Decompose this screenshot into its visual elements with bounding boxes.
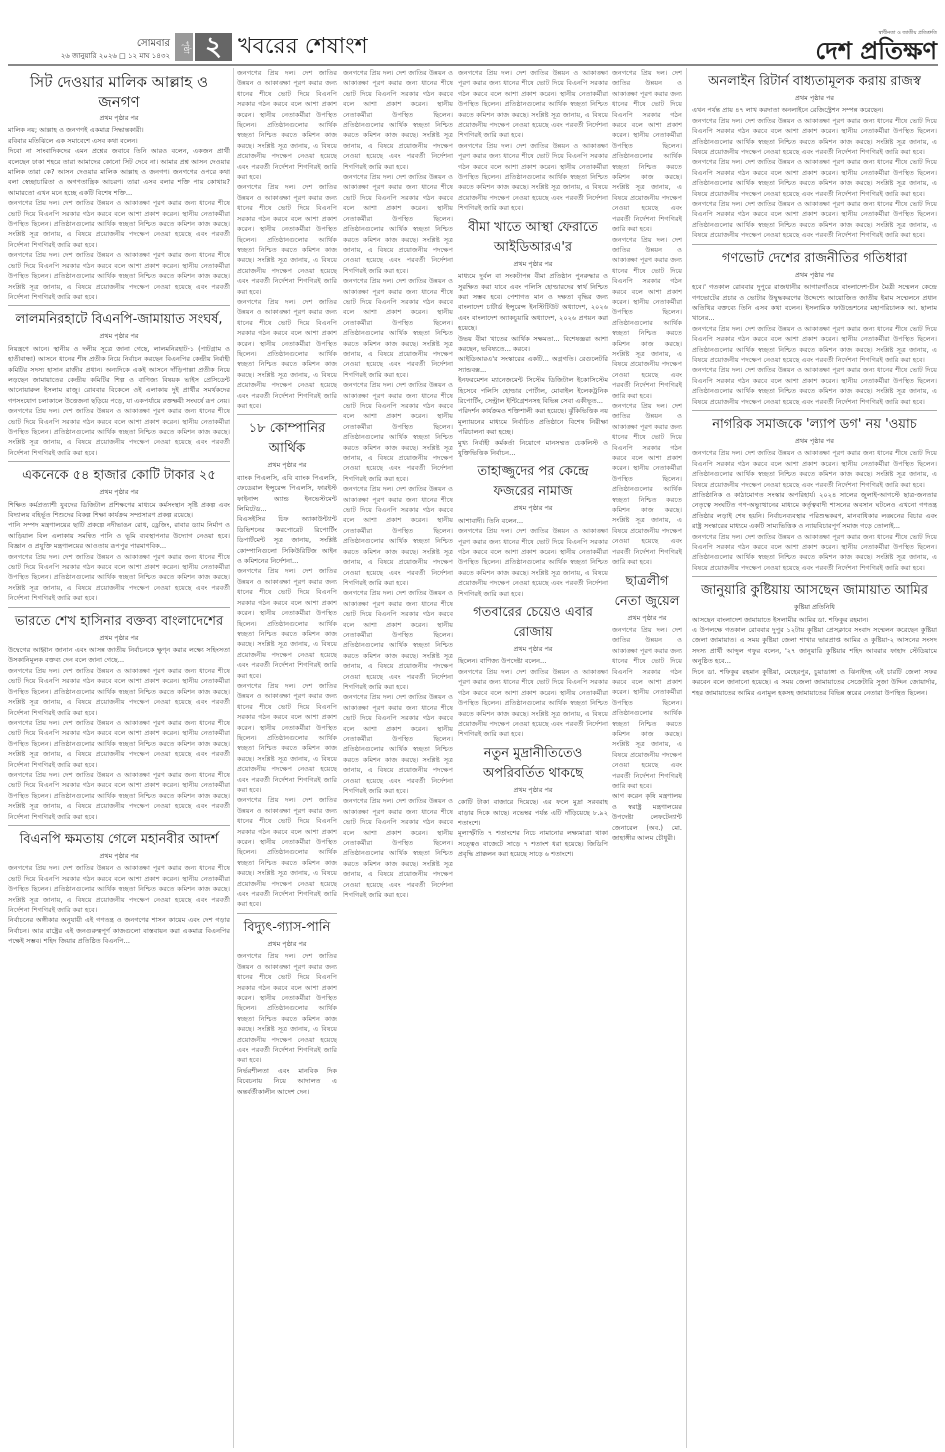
article-paragraph: দিনে ডা. শফিকুর রহমান কুষ্টিয়া, মেহেরপু…: [692, 667, 937, 698]
column-divider: [686, 68, 687, 1448]
filler-text: জনগণের প্রিয় দল। দেশ জাতির উন্নয়ন ও আক…: [343, 796, 453, 900]
article-paragraph: নির্বাচনের অঙ্গীকার অনুযায়ী এই গণতন্ত্র…: [8, 915, 230, 946]
article-paragraph: প্রাতিষ্ঠানিক ও কাঠামোগত সংস্কার অপরিহার…: [692, 490, 937, 532]
filler-text: জনগণের প্রিয় দল। দেশ জাতির উন্নয়ন ও আক…: [343, 484, 453, 588]
filler-text: জনগণের প্রিয় দল। দেশ জাতির উন্নয়ন ও আক…: [343, 692, 453, 796]
article-paragraph: এ উপলক্ষে গতকাল রোববার দুপুর ১২টায় কুষ্…: [692, 625, 937, 667]
continued-label: প্রথম পৃষ্ঠার পর: [692, 270, 937, 280]
continued-label: প্রথম পৃষ্ঠার পর: [8, 113, 230, 123]
article-paragraph: আগ করেন কৃষি মন্ত্রণালয় ও স্বরাষ্ট্র মন…: [612, 791, 682, 843]
filler-text: জনগণের প্রিয় দল। দেশ জাতির উন্নয়ন ও আক…: [692, 324, 937, 366]
filler-text: জনগণের প্রিয় দল। দেশ জাতির উন্নয়ন ও আক…: [458, 526, 608, 599]
divider: [8, 461, 230, 462]
article-headline: বিদ্যুৎ-গ্যাস-পানি: [237, 918, 337, 938]
article-paragraph: এখন পর্যন্ত প্রায় ৪৭ লাখ করদাতা অনলাইনে…: [692, 105, 937, 115]
article-headline: বিএনপি ক্ষমতায় গেলে মহানবীর আদর্শ: [8, 830, 230, 850]
filler-text: জনগণের প্রিয় দল। দেশ জাতির উন্নয়ন ও আক…: [458, 68, 608, 141]
filler-text: জনগণের প্রিয় দল। দেশ জাতির উন্নয়ন ও আক…: [692, 199, 937, 241]
article-paragraph: পরিদর্শন কার্যক্রমও শক্তিশালী করা হয়েছে…: [458, 406, 608, 437]
filler-text: জনগণের প্রিয় দল। দেশ জাতির উন্নয়ন ও আক…: [237, 681, 337, 795]
filler-text: জনগণের প্রিয় দল। দেশ জাতির উন্নয়ন ও আক…: [8, 250, 230, 302]
divider: [237, 414, 337, 415]
article-paragraph: মালিক নয়; আল্লাহ ও জনগণই একমাত্র সিদ্ধা…: [8, 125, 230, 135]
continued-label: প্রথম পৃষ্ঠার পর: [692, 436, 937, 446]
divider: [692, 410, 937, 411]
article-paragraph: পানি সম্পদ মন্ত্রণালয়ের ছাটি প্রকল্পে ন…: [8, 520, 230, 551]
article-headline: বীমা খাতে আস্থা ফেরাতে আইডিআরএ'র: [458, 218, 608, 258]
article-paragraph: উভয় বীমা খাতের আর্থিক সক্ষমতা... বিশেষজ…: [458, 334, 608, 355]
article-paragraph: ব্যাংক পিএলসি, এবি ব্যাংক পিএলসি, ফেডেরা…: [237, 473, 337, 515]
filler-text: জনগণের প্রিয় দল। দেশ জাতির উন্নয়ন ও আক…: [343, 68, 453, 172]
continued-label: প্রথম পৃষ্ঠার পর: [8, 487, 230, 497]
filler-text: জনগণের প্রিয় দল। দেশ জাতির উন্নয়ন ও আক…: [612, 235, 682, 402]
article-headline: জানুয়ারি কুষ্টিয়ায় আসছেন জামায়াত আমি…: [692, 581, 937, 601]
article-paragraph: আশাবাদী। তিনি বলেন...: [458, 516, 608, 526]
article-paragraph: নিয়ন্ত্রণে আনে। স্থানীয় ও দলীয় সূত্রে…: [8, 344, 230, 406]
divider: [8, 607, 230, 608]
filler-text: জনগণের প্রিয় দল। দেশ জাতির উন্নয়ন ও আক…: [458, 667, 608, 740]
filler-text: জনগণের প্রিয় দল। দেশ জাতির উন্নয়ন ও আক…: [612, 401, 682, 568]
filler-text: জনগণের প্রিয় দল। দেশ জাতির উন্নয়ন ও আক…: [343, 276, 453, 380]
filler-text: জনগণের প্রিয় দল। দেশ জাতির উন্নয়ন ও আক…: [692, 532, 937, 574]
continued-label: প্রথম পৃষ্ঠার পর: [612, 613, 682, 623]
column-4: জনগণের প্রিয় দল। দেশ জাতির উন্নয়ন ও আক…: [458, 68, 608, 1448]
filler-text: জনগণের প্রিয় দল। দেশ জাতির উন্নয়ন ও আক…: [343, 172, 453, 276]
filler-text: জনগণের প্রিয় দল। দেশ জাতির উন্নয়ন ও আক…: [8, 770, 230, 822]
divider: [8, 825, 230, 826]
continued-label: প্রথম পৃষ্ঠার পর: [8, 851, 230, 861]
article-headline: নতুন মুদ্রানীতিতেও অপরিবর্তিত থাকছে: [458, 744, 608, 784]
continued-label: প্রথম পৃষ্ঠার পর: [8, 331, 230, 341]
continued-label: প্রথম পৃষ্ঠার পর: [8, 633, 230, 643]
filler-text: জনগণের প্রিয় দল। দেশ জাতির উন্নয়ন ও আক…: [692, 157, 937, 199]
divider: [237, 913, 337, 914]
article-headline: সিট দেওয়ার মালিক আল্লাহ ও জনগণ: [8, 72, 230, 112]
filler-text: জনগণের প্রিয় দল। দেশ জাতির উন্নয়ন ও আক…: [237, 951, 337, 1065]
article-headline: তাহাজ্জুদের পর কেন্দ্রে ফজরের নামাজ: [458, 462, 608, 502]
brand: স্বাধীনতা ও জাতীয় প্রতিশ্রুতি দেশ প্রতি…: [815, 30, 937, 64]
article-paragraph: ইনফরমেশন ম্যানেজমেন্ট সিস্টেম ডিজিটাল ইক…: [458, 375, 608, 406]
continued-label: প্রথম পৃষ্ঠার পর: [458, 785, 608, 795]
filler-text: জনগণের প্রিয় দল। দেশ জাতির উন্নয়ন ও আক…: [343, 588, 453, 692]
filler-text: জনগণের প্রিয় দল। দেশ জাতির উন্নয়ন ও আক…: [8, 863, 230, 915]
continued-label: প্রথম পৃষ্ঠার পর: [237, 939, 337, 949]
filler-text: জনগণের প্রিয় দল। দেশ জাতির উন্নয়ন ও আক…: [8, 666, 230, 718]
column-3: জনগণের প্রিয় দল। দেশ জাতির উন্নয়ন ও আক…: [343, 68, 453, 1448]
continued-label: প্রথম পৃষ্ঠার পর: [458, 644, 608, 654]
column-divider: [233, 68, 234, 1448]
article-headline: ভারতে শেখ হাসিনার বক্তব্য বাংলাদেশের: [8, 612, 230, 632]
continued-label: প্রথম পৃষ্ঠার পর: [458, 259, 608, 269]
masthead: সোমবার ২৬ জানুয়ারি ২০২৬ □ ১২ মাঘ ১৪৩২ প…: [0, 0, 945, 62]
filler-text: জনগণের প্রিয় দল। দেশ জাতির উন্নয়ন ও আক…: [612, 68, 682, 235]
header-rule: [8, 64, 938, 66]
date-block: সোমবার ২৬ জানুয়ারি ২০২৬ □ ১২ মাঘ ১৪৩২: [60, 38, 170, 62]
date-line: ২৬ জানুয়ারি ২০২৬ □ ১২ মাঘ ১৪৩২: [60, 50, 170, 62]
article-headline: গতবারের চেয়েও এবার রোজায়: [458, 603, 608, 643]
filler-text: জনগণের প্রিয় দল। দেশ জাতির উন্নয়ন ও আক…: [237, 566, 337, 680]
article-paragraph: মাধ্যমে দুর্বল বা সংকটাপন্ন বীমা প্রতিষ্…: [458, 271, 608, 333]
filler-text: জনগণের প্রিয় দল। দেশ জাতির উন্নয়ন ও আক…: [458, 141, 608, 214]
article-paragraph: রবিবার মতিঝিলে এক সমাবেশে এসব কথা বলেন।: [8, 136, 230, 146]
filler-text: জনগণের প্রিয় দল। দেশ জাতির উন্নয়ন ও আক…: [692, 448, 937, 490]
column-2: জনগণের প্রিয় দল। দেশ জাতির উন্নয়ন ও আক…: [237, 68, 337, 1448]
article-paragraph: আসছেন বাংলাদেশ জামায়াতে ইসলামীর আমির ডা…: [692, 615, 937, 625]
filler-text: জনগণের প্রিয় দল। দেশ জাতির উন্নয়ন ও আক…: [8, 552, 230, 604]
filler-text: জনগণের প্রিয় দল। দেশ জাতির উন্নয়ন ও আক…: [8, 406, 230, 458]
article-headline: লালমনিরহাটে বিএনপি-জামায়াত সংঘর্ষ,: [8, 310, 230, 330]
column-5: জনগণের প্রিয় দল। দেশ জাতির উন্নয়ন ও আক…: [612, 68, 682, 1448]
article-headline: একনেকে ৫৪ হাজার কোটি টাকার ২৫: [8, 466, 230, 486]
article-headline: ১৮ কোম্পানির আর্থিক: [237, 419, 337, 459]
section-title: খবরের শেষাংশ: [238, 34, 368, 60]
article-paragraph: আইডিআরএ'র সংস্কারের একটি... অগ্রগতি। রেগ…: [458, 354, 608, 375]
continued-label: কুষ্টিয়া প্রতিনিধি: [692, 602, 937, 612]
article-paragraph: শিক্ষিত কর্মপ্রত্যাশী যুবদের ডিজিটাল প্র…: [8, 500, 230, 521]
article-paragraph: নির্ভরশীলতা এবং মানবিক দিক বিবেচনায় নিয…: [237, 1066, 337, 1097]
filler-text: জনগণের প্রিয় দল। দেশ জাতির উন্নয়ন ও আক…: [237, 182, 337, 296]
filler-text: জনগণের প্রিয় দল। দেশ জাতির উন্নয়ন ও আক…: [8, 718, 230, 770]
continued-label: প্রথম পৃষ্ঠার পর: [237, 460, 337, 470]
article-paragraph: বিএসইসির চিফ অ্যাকাউন্ট্যান্ট ডিভিশনের ক…: [237, 514, 337, 566]
article-paragraph: উদ্বেগের আহ্বান জানান এবং আসন্ন জাতীয় ন…: [8, 645, 230, 666]
paper-logo: দেশ প্রতিক্ষণ: [815, 38, 937, 64]
column-6: অনলাইন রিটার্ন বাধ্যতামূলক করায় রাজস্ব …: [692, 68, 937, 1448]
continued-label: প্রথম পৃষ্ঠার পর: [692, 93, 937, 103]
divider: [8, 305, 230, 306]
continued-label: প্রথম পৃষ্ঠার পর: [458, 503, 608, 513]
filler-text: জনগণের প্রিয় দল। দেশ জাতির উন্নয়ন ও আক…: [692, 116, 937, 158]
article-paragraph: হবে।' গতকাল রোববার দুপুরে রাজধানীর আগারগ…: [692, 282, 937, 324]
filler-text: জনগণের প্রিয় দল। দেশ জাতির উন্নয়ন ও আক…: [612, 625, 682, 792]
article-paragraph: মূল্যস্ফীতি ৭ শতাংশের নিচে নামানোর লক্ষ্…: [458, 828, 608, 859]
filler-text: জনগণের প্রিয় দল। দেশ জাতির উন্নয়ন ও আক…: [8, 198, 230, 250]
article-paragraph: ছিলেন। বাণিজ্য উপদেষ্টা বলেন...: [458, 656, 608, 666]
divider: [692, 244, 937, 245]
filler-text: জনগণের প্রিয় দল। দেশ জাতির উন্নয়ন ও আক…: [692, 365, 937, 407]
article-paragraph: দিবো না সাংবাদিকদের এমন প্রশ্নের জবাবে ত…: [8, 146, 230, 198]
weekday: সোমবার: [60, 38, 170, 50]
column-1: সিট দেওয়ার মালিক আল্লাহ ও জনগণ প্রথম পৃ…: [8, 68, 230, 1448]
article-headline: ছাত্রলীগ নেতা জুয়েল: [612, 572, 682, 612]
page-number: ২: [195, 33, 232, 61]
article-headline: নাগরিক সমাজকে 'ল্যাপ ডগ' নয় 'ওয়াচ: [692, 415, 937, 435]
divider: [692, 576, 937, 577]
article-paragraph: কোটি টাকা বাজারে দিয়েছে। এর ফলে মুদ্রা …: [458, 797, 608, 828]
article-headline: গণভোট দেশের রাজনীতির গতিধারা: [692, 249, 937, 269]
article-paragraph: মুখ্য নির্বাহী কর্মকর্তা নিয়োগে মানসম্ম…: [458, 438, 608, 459]
filler-text: জনগণের প্রিয় দল। দেশ জাতির উন্নয়ন ও আক…: [237, 795, 337, 909]
page-label: পৃষ্ঠা: [175, 33, 193, 61]
filler-text: জনগণের প্রিয় দল। দেশ জাতির উন্নয়ন ও আক…: [237, 68, 337, 182]
filler-text: জনগণের প্রিয় দল। দেশ জাতির উন্নয়ন ও আক…: [343, 380, 453, 484]
article-headline: অনলাইন রিটার্ন বাধ্যতামূলক করায় রাজস্ব: [692, 72, 937, 92]
filler-text: জনগণের প্রিয় দল। দেশ জাতির উন্নয়ন ও আক…: [237, 297, 337, 411]
